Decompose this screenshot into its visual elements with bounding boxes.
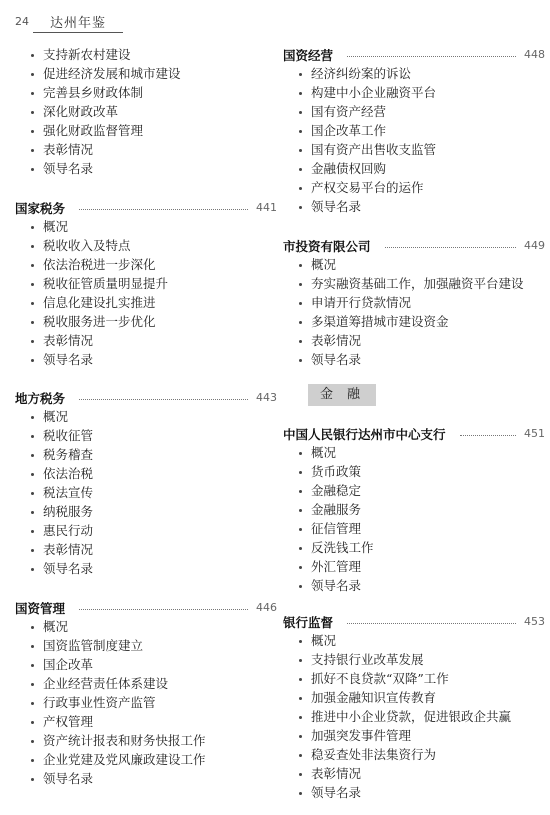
bullet-icon	[31, 245, 34, 248]
continued-section: 支持新农村建设 促进经济发展和城市建设 完善县乡财政体制 深化财政改革 强化财政…	[15, 45, 277, 178]
bullet-icon	[299, 187, 302, 190]
list-item[interactable]: 领导名录	[31, 350, 277, 369]
section-heading[interactable]: 国家税务 441	[15, 198, 277, 217]
list-item[interactable]: 概况	[31, 407, 277, 426]
bullet-icon	[299, 283, 302, 286]
list-item[interactable]: 多渠道筹措城市建设资金	[299, 312, 545, 331]
item-list: 概况 夯实融资基础工作，加强融资平台建设 申请开行贷款情况 多渠道筹措城市建设资…	[283, 255, 545, 369]
list-item[interactable]: 概况	[299, 631, 545, 650]
bullet-icon	[299, 528, 302, 531]
bullet-icon	[31, 683, 34, 686]
bullet-icon	[299, 130, 302, 133]
section-difang-shuiwu: 地方税务 443 概况 税收征管 税务稽查 依法治税 税法宣传 纳税服务 惠民行…	[15, 388, 277, 578]
bullet-icon	[31, 149, 34, 152]
bullet-icon	[31, 130, 34, 133]
bullet-icon	[299, 678, 302, 681]
bullet-icon	[299, 168, 302, 171]
list-item[interactable]: 信息化建设扎实推进	[31, 293, 277, 312]
bullet-icon	[31, 530, 34, 533]
section-heading[interactable]: 地方税务 443	[15, 388, 277, 407]
list-item[interactable]: 夯实融资基础工作，加强融资平台建设	[299, 274, 545, 293]
list-item[interactable]: 推进中小企业贷款，促进银政企共赢	[299, 707, 545, 726]
bullet-icon	[31, 549, 34, 552]
bullet-icon	[31, 321, 34, 324]
category-label: 金融	[308, 384, 376, 406]
list-item[interactable]: 行政事业性资产监管	[31, 693, 277, 712]
bullet-icon	[31, 492, 34, 495]
section-page-number: 446	[256, 601, 277, 614]
list-item[interactable]: 概况	[299, 255, 545, 274]
list-item[interactable]: 表彰情况	[31, 540, 277, 559]
list-item[interactable]: 金融债权回购	[299, 159, 545, 178]
bullet-icon	[299, 340, 302, 343]
bullet-icon	[31, 359, 34, 362]
bullet-icon	[299, 490, 302, 493]
list-item[interactable]: 支持银行业改革发展	[299, 650, 545, 669]
list-item[interactable]: 依法治税	[31, 464, 277, 483]
bullet-icon	[299, 471, 302, 474]
list-item[interactable]: 申请开行贷款情况	[299, 293, 545, 312]
bullet-icon	[31, 645, 34, 648]
list-item[interactable]: 领导名录	[31, 769, 277, 788]
list-item[interactable]: 加强金融知识宣传教育	[299, 688, 545, 707]
list-item[interactable]: 完善县乡财政体制	[31, 83, 277, 102]
bullet-icon	[299, 792, 302, 795]
dot-leader	[347, 56, 516, 57]
list-item[interactable]: 税收征管质量明显提升	[31, 274, 277, 293]
list-item[interactable]: 依法治税进一步深化	[31, 255, 277, 274]
list-item[interactable]: 国有资产出售收支监管	[299, 140, 545, 159]
bullet-icon	[31, 283, 34, 286]
running-title: 达州年鉴	[33, 12, 123, 33]
list-item[interactable]: 构建中小企业融资平台	[299, 83, 545, 102]
dot-leader	[347, 623, 516, 624]
section-heading[interactable]: 国资经营 448	[283, 45, 545, 64]
bullet-icon	[299, 302, 302, 305]
section-heading[interactable]: 市投资有限公司 449	[283, 236, 545, 255]
bullet-icon	[31, 511, 34, 514]
list-item[interactable]: 抓好不良贷款“双降”工作	[299, 669, 545, 688]
list-item[interactable]: 国企改革工作	[299, 121, 545, 140]
list-item[interactable]: 领导名录	[31, 559, 277, 578]
bullet-icon	[31, 264, 34, 267]
bullet-icon	[299, 659, 302, 662]
bullet-icon	[299, 111, 302, 114]
list-item[interactable]: 表彰情况	[31, 140, 277, 159]
bullet-icon	[31, 702, 34, 705]
list-item[interactable]: 国资监管制度建立	[31, 636, 277, 655]
list-item[interactable]: 领导名录	[299, 783, 545, 802]
list-item[interactable]: 惠民行动	[31, 521, 277, 540]
bullet-icon	[31, 73, 34, 76]
list-item[interactable]: 纳税服务	[31, 502, 277, 521]
section-heading[interactable]: 中国人民银行达州市中心支行 451	[283, 424, 545, 443]
list-item[interactable]: 反洗钱工作	[299, 538, 545, 557]
bullet-icon	[31, 168, 34, 171]
list-item[interactable]: 企业党建及党风廉政建设工作	[31, 750, 277, 769]
section-renmin-yinhang: 中国人民银行达州市中心支行 451 概况 货币政策 金融稳定 金融服务 征信管理…	[283, 424, 545, 595]
item-list: 经济纠纷案的诉讼 构建中小企业融资平台 国有资产经营 国企改革工作 国有资产出售…	[283, 64, 545, 216]
bullet-icon	[299, 264, 302, 267]
item-list: 概况 税收征管 税务稽查 依法治税 税法宣传 纳税服务 惠民行动 表彰情况 领导…	[15, 407, 277, 578]
bullet-icon	[31, 473, 34, 476]
bullet-icon	[299, 359, 302, 362]
list-item[interactable]: 企业经营责任体系建设	[31, 674, 277, 693]
bullet-icon	[299, 773, 302, 776]
list-item[interactable]: 表彰情况	[31, 331, 277, 350]
list-item[interactable]: 深化财政改革	[31, 102, 277, 121]
section-page-number: 443	[256, 391, 277, 404]
list-item[interactable]: 税收征管	[31, 426, 277, 445]
list-item[interactable]: 税务稽查	[31, 445, 277, 464]
section-page-number: 441	[256, 201, 277, 214]
bullet-icon	[31, 664, 34, 667]
list-item[interactable]: 表彰情况	[299, 331, 545, 350]
dot-leader	[79, 609, 248, 610]
section-guozi-jingying: 国资经营 448 经济纠纷案的诉讼 构建中小企业融资平台 国有资产经营 国企改革…	[283, 45, 545, 216]
list-item[interactable]: 领导名录	[31, 159, 277, 178]
list-item[interactable]: 国有资产经营	[299, 102, 545, 121]
item-list: 支持新农村建设 促进经济发展和城市建设 完善县乡财政体制 深化财政改革 强化财政…	[15, 45, 277, 178]
bullet-icon	[31, 54, 34, 57]
section-guojia-shuiwu: 国家税务 441 概况 税收收入及特点 依法治税进一步深化 税收征管质量明显提升…	[15, 198, 277, 369]
bullet-icon	[31, 302, 34, 305]
list-item[interactable]: 领导名录	[299, 350, 545, 369]
bullet-icon	[31, 759, 34, 762]
list-item[interactable]: 资产统计报表和财务快报工作	[31, 731, 277, 750]
bullet-icon	[299, 716, 302, 719]
list-item[interactable]: 产权管理	[31, 712, 277, 731]
list-item[interactable]: 金融稳定	[299, 481, 545, 500]
list-item[interactable]: 税法宣传	[31, 483, 277, 502]
item-list: 概况 税收收入及特点 依法治税进一步深化 税收征管质量明显提升 信息化建设扎实推…	[15, 217, 277, 369]
bullet-icon	[299, 321, 302, 324]
item-list: 概况 支持银行业改革发展 抓好不良贷款“双降”工作 加强金融知识宣传教育 推进中…	[283, 631, 545, 802]
list-item[interactable]: 支持新农村建设	[31, 45, 277, 64]
list-item[interactable]: 征信管理	[299, 519, 545, 538]
list-item[interactable]: 强化财政监督管理	[31, 121, 277, 140]
list-item[interactable]: 领导名录	[299, 197, 545, 216]
list-item[interactable]: 概况	[31, 617, 277, 636]
list-item[interactable]: 促进经济发展和城市建设	[31, 64, 277, 83]
bullet-icon	[31, 721, 34, 724]
dot-leader	[79, 209, 248, 210]
section-shi-touzi: 市投资有限公司 449 概况 夯实融资基础工作，加强融资平台建设 申请开行贷款情…	[283, 236, 545, 369]
bullet-icon	[299, 697, 302, 700]
list-item[interactable]: 产权交易平台的运作	[299, 178, 545, 197]
item-list: 概况 国资监管制度建立 国企改革 企业经营责任体系建设 行政事业性资产监管 产权…	[15, 617, 277, 788]
bullet-icon	[299, 585, 302, 588]
bullet-icon	[299, 73, 302, 76]
list-item[interactable]: 表彰情况	[299, 764, 545, 783]
bullet-icon	[31, 92, 34, 95]
dot-leader	[385, 247, 516, 248]
dot-leader	[79, 399, 248, 400]
section-heading[interactable]: 国资管理 446	[15, 598, 277, 617]
bullet-icon	[31, 340, 34, 343]
dot-leader	[460, 435, 516, 436]
bullet-icon	[299, 509, 302, 512]
list-item[interactable]: 加强突发事件管理	[299, 726, 545, 745]
section-page-number: 451	[524, 427, 545, 440]
list-item[interactable]: 外汇管理	[299, 557, 545, 576]
bullet-icon	[31, 416, 34, 419]
bullet-icon	[299, 566, 302, 569]
section-yinhang-jiandu: 银行监督 453 概况 支持银行业改革发展 抓好不良贷款“双降”工作 加强金融知…	[283, 612, 545, 802]
bullet-icon	[299, 206, 302, 209]
list-item[interactable]: 金融服务	[299, 500, 545, 519]
bullet-icon	[31, 568, 34, 571]
bullet-icon	[31, 454, 34, 457]
list-item[interactable]: 稳妥查处非法集资行为	[299, 745, 545, 764]
section-page-number: 448	[524, 48, 545, 61]
item-list: 概况 货币政策 金融稳定 金融服务 征信管理 反洗钱工作 外汇管理 领导名录	[283, 443, 545, 595]
section-guozi-guanli: 国资管理 446 概况 国资监管制度建立 国企改革 企业经营责任体系建设 行政事…	[15, 598, 277, 788]
bullet-icon	[299, 640, 302, 643]
bullet-icon	[31, 740, 34, 743]
bullet-icon	[299, 754, 302, 757]
bullet-icon	[299, 92, 302, 95]
list-item[interactable]: 税收服务进一步优化	[31, 312, 277, 331]
bullet-icon	[299, 547, 302, 550]
bullet-icon	[31, 435, 34, 438]
list-item[interactable]: 国企改革	[31, 655, 277, 674]
bullet-icon	[299, 735, 302, 738]
list-item[interactable]: 概况	[299, 443, 545, 462]
bullet-icon	[31, 778, 34, 781]
section-page-number: 453	[524, 615, 545, 628]
list-item[interactable]: 货币政策	[299, 462, 545, 481]
list-item[interactable]: 概况	[31, 217, 277, 236]
section-heading[interactable]: 银行监督 453	[283, 612, 545, 631]
bullet-icon	[31, 626, 34, 629]
list-item[interactable]: 领导名录	[299, 576, 545, 595]
page-number: 24	[15, 15, 29, 28]
bullet-icon	[299, 149, 302, 152]
bullet-icon	[299, 452, 302, 455]
bullet-icon	[31, 111, 34, 114]
bullet-icon	[31, 226, 34, 229]
list-item[interactable]: 经济纠纷案的诉讼	[299, 64, 545, 83]
list-item[interactable]: 税收收入及特点	[31, 236, 277, 255]
section-page-number: 449	[524, 239, 545, 252]
